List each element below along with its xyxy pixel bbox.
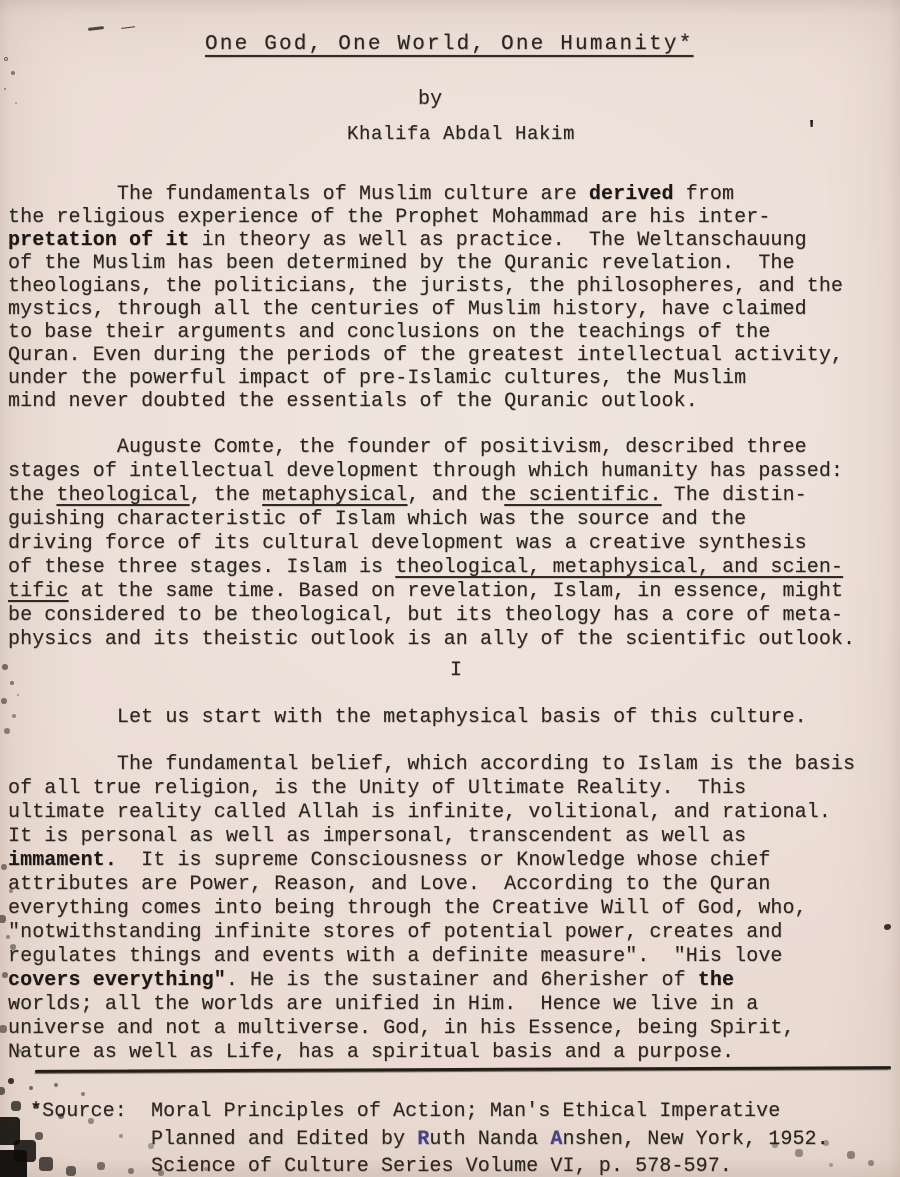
text-line: *Source: Moral Principles of Action; Man… xyxy=(30,1098,829,1126)
page-title-text: One God, One World, One Humanity* xyxy=(205,33,693,56)
text-line: be considered to be theological, but its… xyxy=(8,604,855,628)
text-line: theologians, the politicians, the jurist… xyxy=(8,275,843,298)
text-line: The fundamentals of Muslim culture are d… xyxy=(8,183,843,206)
text-line: under the powerful impact of pre-Islamic… xyxy=(8,367,843,390)
scanned-document-page: One God, One World, One Humanity* by Kha… xyxy=(0,0,900,1177)
text-line: The fundamental belief, which according … xyxy=(8,753,855,777)
ink-dot-right-margin xyxy=(884,924,891,930)
text-line: regulates things and events with a defin… xyxy=(8,945,855,969)
paragraph-3: The fundamental belief, which according … xyxy=(8,753,855,1065)
text-line: ultimate reality called Allah is infinit… xyxy=(8,801,855,825)
text-line: the religious experience of the Prophet … xyxy=(8,206,843,229)
paragraph-1: The fundamentals of Muslim culture are d… xyxy=(8,183,843,413)
ink-mark-top-left xyxy=(88,26,104,31)
footnote-separator-line xyxy=(35,1066,891,1073)
text-line: attributes are Power, Reason, and Love. … xyxy=(8,873,855,897)
text-line: the theological, the metaphysical, and t… xyxy=(8,484,855,508)
text-line: universe and not a multiverse. God, in h… xyxy=(8,1017,855,1041)
text-line: Quran. Even during the periods of the gr… xyxy=(8,344,843,367)
paragraph-2: Auguste Comte, the founder of positivism… xyxy=(8,436,855,652)
text-line: covers everything". He is the sustainer … xyxy=(8,969,855,993)
text-line: Science of Culture Series Volume VI, p. … xyxy=(30,1153,829,1177)
stray-apostrophe-mark: ' xyxy=(805,118,818,143)
ink-specks-bottom-right xyxy=(770,1140,772,1142)
text-line: everything comes into being through the … xyxy=(8,897,855,921)
text-line: of all true religion, is the Unity of Ul… xyxy=(8,777,855,801)
text-line: Let us start with the metaphysical basis… xyxy=(8,706,807,729)
text-line: tific at the same time. Based on revelat… xyxy=(8,580,855,604)
ink-blot-bottom-left xyxy=(0,1075,2,1077)
text-line: Auguste Comte, the founder of positivism… xyxy=(8,436,855,460)
page-title: One God, One World, One Humanity* xyxy=(205,33,693,56)
text-line: worlds; all the worlds are unified in Hi… xyxy=(8,993,855,1017)
text-line: immament. It is supreme Consciousness or… xyxy=(8,849,855,873)
text-line: Nature as well as Life, has a spiritual … xyxy=(8,1041,855,1065)
text-line: to base their arguments and conclusions … xyxy=(8,321,843,344)
text-line: mystics, through all the centuries of Mu… xyxy=(8,298,843,321)
text-line: pretation of it in theory as well as pra… xyxy=(8,229,843,252)
text-line: of the Muslim has been determined by the… xyxy=(8,252,843,275)
text-line: It is personal as well as impersonal, tr… xyxy=(8,825,855,849)
text-line: physics and its theistic outlook is an a… xyxy=(8,628,855,652)
text-line: stages of intellectual development throu… xyxy=(8,460,855,484)
section-heading: I xyxy=(450,659,462,682)
text-line: of these three stages. Islam is theologi… xyxy=(8,556,855,580)
footnote: *Source: Moral Principles of Action; Man… xyxy=(30,1098,829,1177)
byline: by xyxy=(418,88,442,111)
lead-sentence: Let us start with the metaphysical basis… xyxy=(8,706,807,729)
ink-specks-top-left xyxy=(5,58,7,60)
text-line: guishing characteristic of Islam which w… xyxy=(8,508,855,532)
text-line: mind never doubted the essentials of the… xyxy=(8,390,843,413)
ink-specks-left-lower xyxy=(1,862,3,864)
author-name: Khalifa Abdal Hakim xyxy=(347,123,575,145)
ink-specks-left-margin xyxy=(2,660,4,662)
text-line: driving force of its cultural developmen… xyxy=(8,532,855,556)
text-line: Planned and Edited by Ruth Nanda Anshen,… xyxy=(30,1126,829,1154)
text-line: "notwithstanding infinite stores of pote… xyxy=(8,921,855,945)
